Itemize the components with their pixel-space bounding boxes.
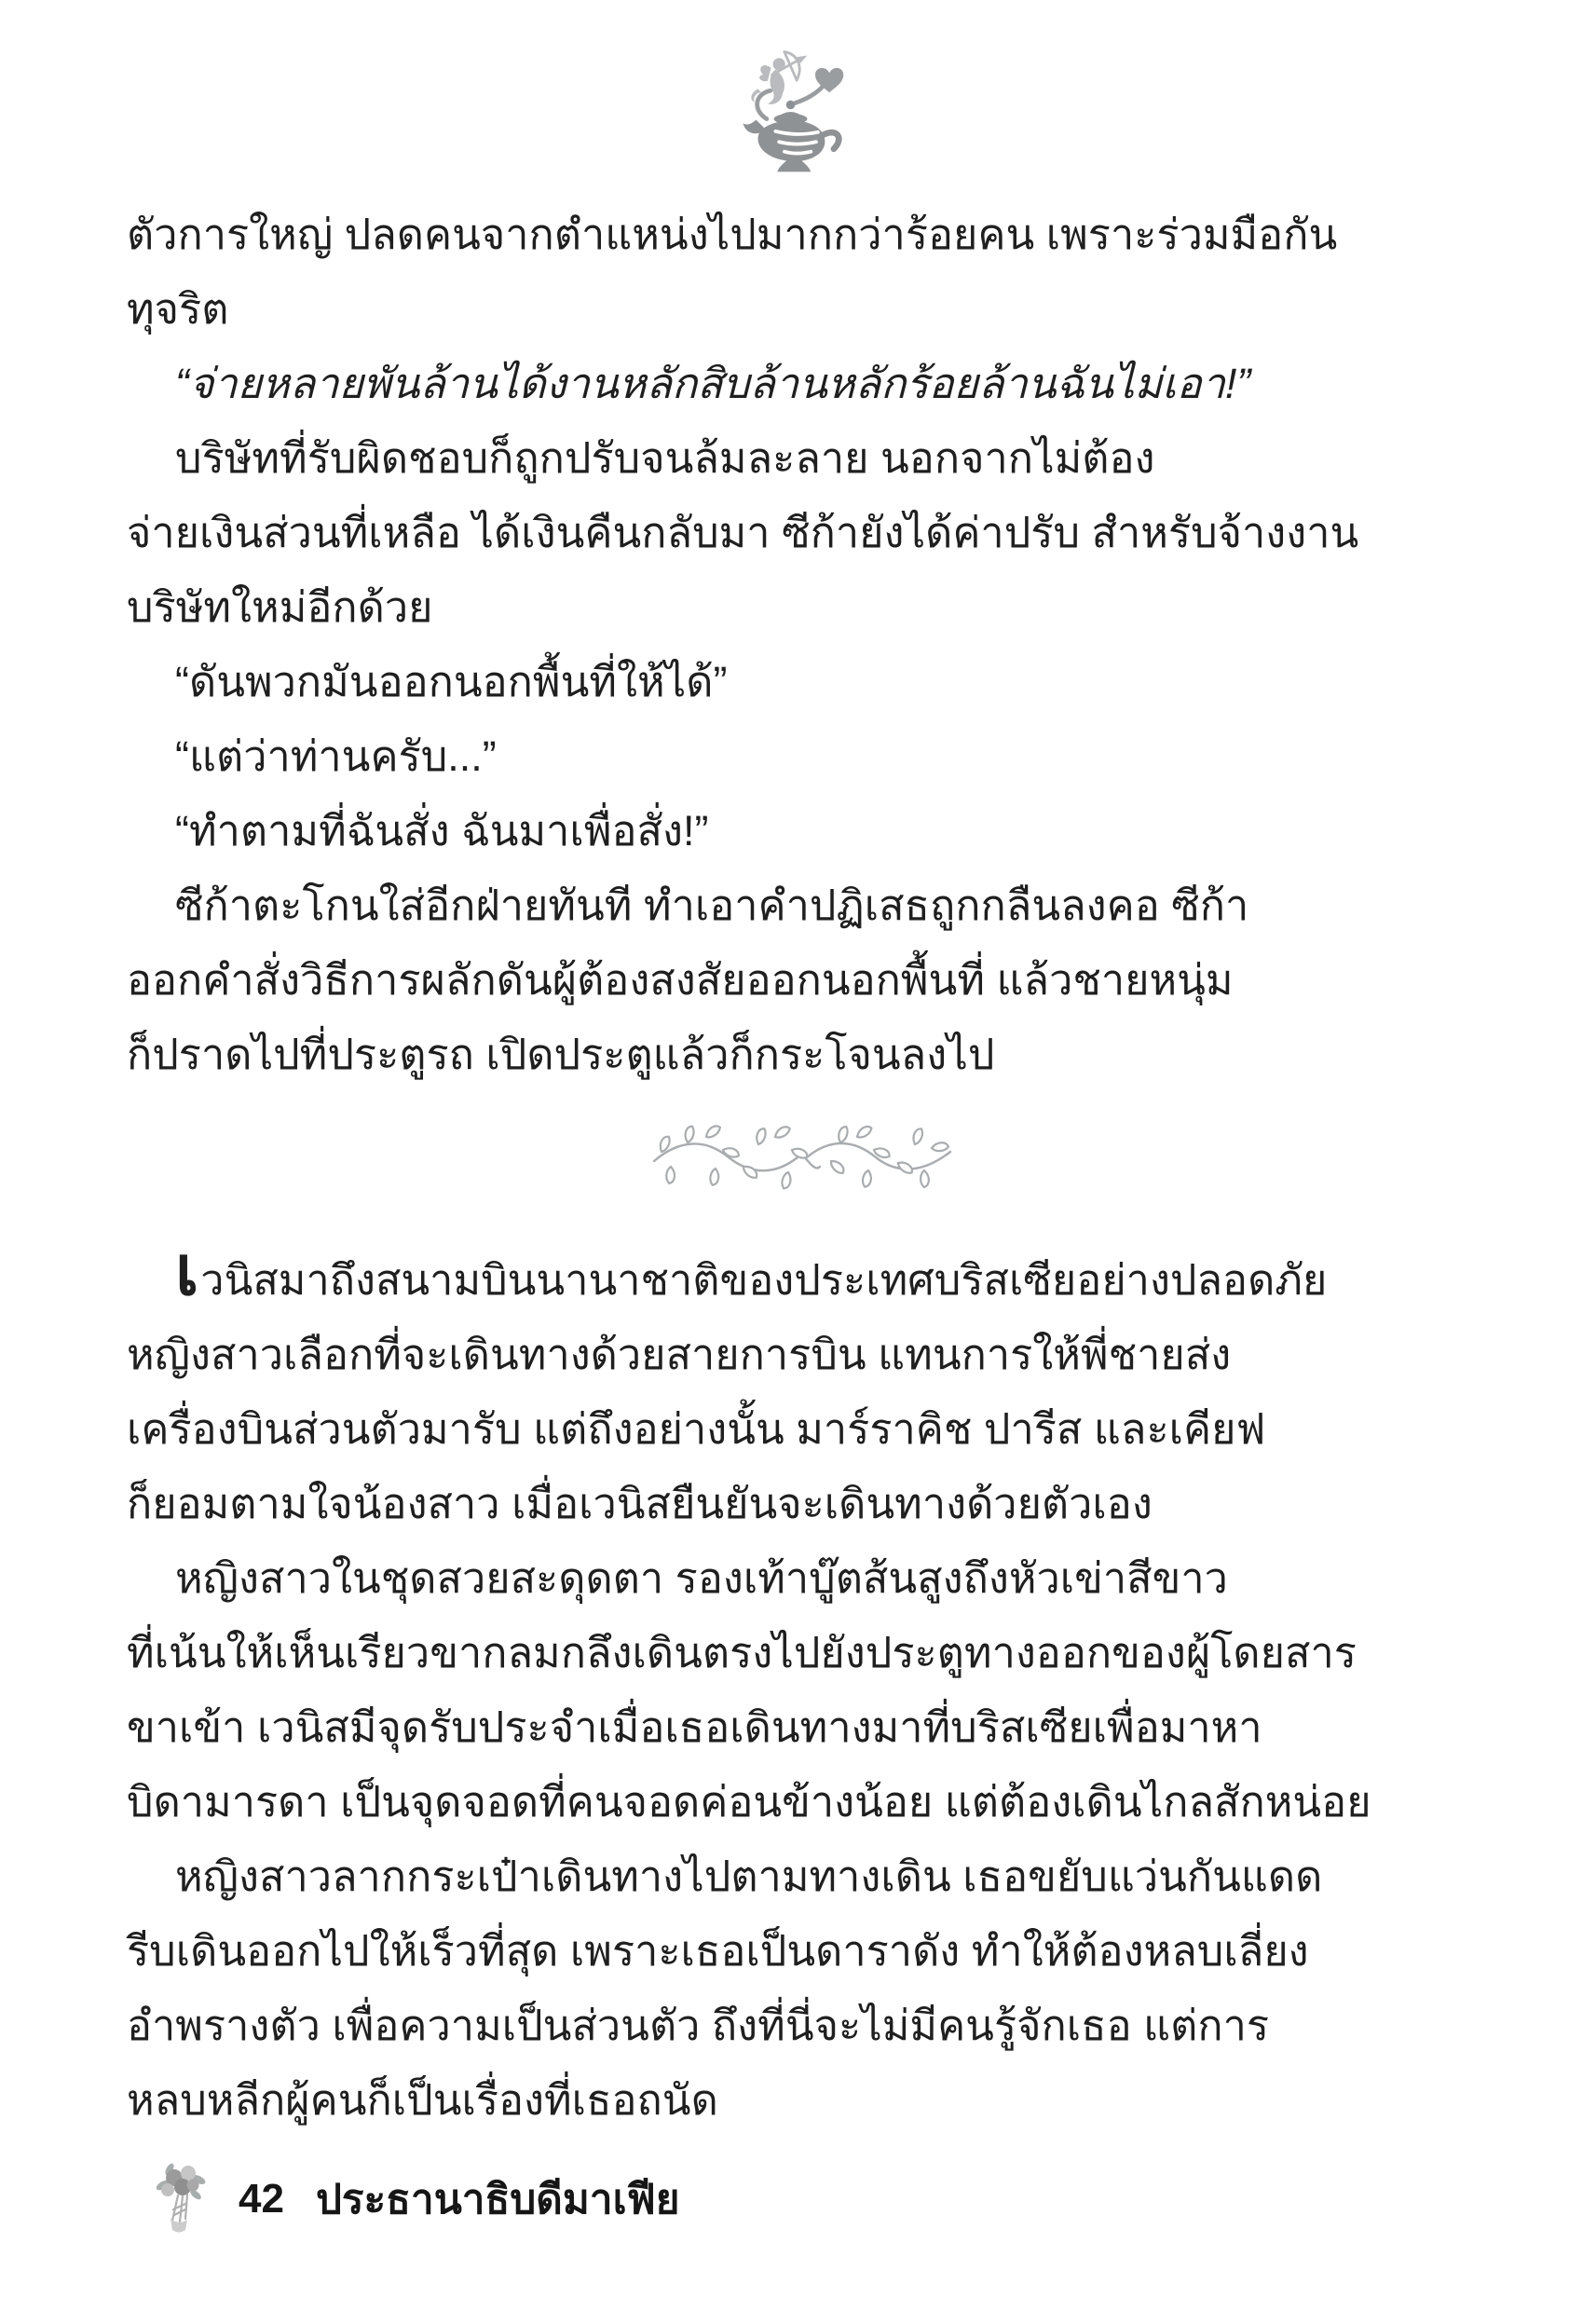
text-line: บริษัทที่รับผิดชอบก็ถูกปรับจนล้มละลาย นอ… (127, 421, 1478, 496)
text-line: “ดันพวกมันออกนอกพื้นที่ให้ได้” (127, 645, 1478, 719)
text-line: เวนิสมาถึงสนามบินนานาชาติของประเทศบริสเซ… (127, 1243, 1478, 1318)
text-line: อำพรางตัว เพื่อความเป็นส่วนตัว ถึงที่นี่… (127, 1989, 1478, 2063)
text-line: ขาเข้า เวนิสมีจุดรับประจำเมื่อเธอเดินทาง… (127, 1690, 1478, 1765)
section-2: เวนิสมาถึงสนามบินนานาชาติของประเทศบริสเซ… (127, 1243, 1478, 2138)
text-line: บิดามารดา เป็นจุดจอดที่คนจอดค่อนข้างน้อย… (127, 1765, 1478, 1839)
text-line: ออกคำสั่งวิธีการผลักดันผู้ต้องสงสัยออกนอ… (127, 943, 1478, 1018)
text-line: “แต่ว่าท่านครับ...” (127, 719, 1478, 794)
drop-cap: เ (175, 1232, 200, 1309)
text-line: รีบเดินออกไปให้เร็วที่สุด เพราะเธอเป็นดา… (127, 1914, 1478, 1989)
text-line: ตัวการใหญ่ ปลดคนจากตำแหน่งไปมากกว่าร้อยค… (127, 198, 1478, 272)
vine-divider-icon (127, 1124, 1478, 1195)
page-number: 42 (239, 2176, 284, 2222)
text-line: ซีก้าตะโกนใส่อีกฝ่ายทันที ทำเอาคำปฏิเสธถ… (127, 868, 1478, 943)
bouquet-icon (155, 2163, 209, 2236)
text-line: เครื่องบินส่วนตัวมารับ แต่ถึงอย่างนั้น ม… (127, 1392, 1478, 1467)
text-line: ก็ยอมตามใจน้องสาว เมื่อเวนิสยืนยันจะเดิน… (127, 1467, 1478, 1541)
text-line: หญิงสาวลากกระเป๋าเดินทางไปตามทางเดิน เธอ… (127, 1839, 1478, 1914)
page-body: ตัวการใหญ่ ปลดคนจากตำแหน่งไปมากกว่าร้อยค… (127, 198, 1478, 2138)
text-line: ที่เน้นให้เห็นเรียวขากลมกลึงเดินตรงไปยัง… (127, 1616, 1478, 1690)
text-line: หญิงสาวในชุดสวยสะดุดตา รองเท้าบู๊ตส้นสูง… (127, 1541, 1478, 1616)
text-line: หญิงสาวเลือกที่จะเดินทางด้วยสายการบิน แท… (127, 1318, 1478, 1392)
text-line: “ทำตามที่ฉันสั่ง ฉันมาเพื่อสั่ง!” (127, 794, 1478, 868)
section-1: ตัวการใหญ่ ปลดคนจากตำแหน่งไปมากกว่าร้อยค… (127, 198, 1478, 1092)
genie-lamp-cupid-icon (737, 47, 860, 179)
text-line: หลบหลีกผู้คนก็เป็นเรื่องที่เธอถนัด (127, 2063, 1478, 2138)
book-page: ตัวการใหญ่ ปลดคนจากตำแหน่งไปมากกว่าร้อยค… (0, 0, 1596, 2311)
text-line: “จ่ายหลายพันล้านได้งานหลักสิบล้านหลักร้อ… (127, 347, 1478, 421)
book-title: ประธานาธิบดีมาเฟีย (316, 2167, 680, 2232)
page-footer: 42 ประธานาธิบดีมาเฟีย (155, 2162, 680, 2236)
text-line: ทุจริต (127, 272, 1478, 347)
text-line: ก็ปราดไปที่ประตูรถ เปิดประตูแล้วก็กระโจน… (127, 1018, 1478, 1092)
text-line: จ่ายเงินส่วนที่เหลือ ได้เงินคืนกลับมา ซี… (127, 496, 1478, 570)
text-line: บริษัทใหม่อีกด้วย (127, 570, 1478, 645)
